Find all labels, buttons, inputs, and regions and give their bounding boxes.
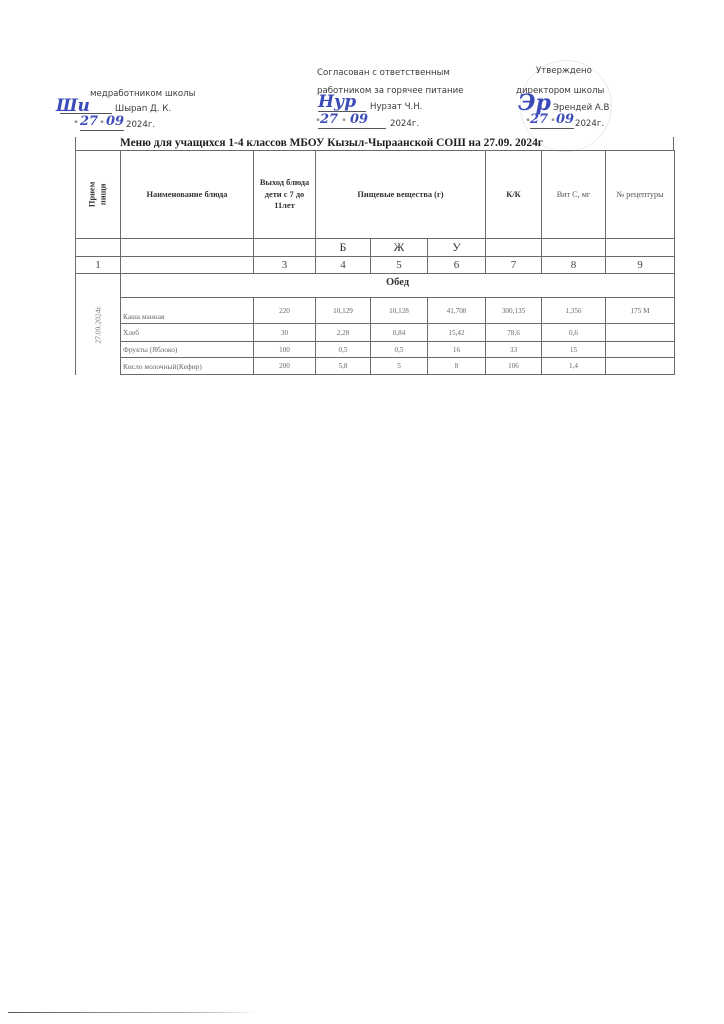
empty-cell [254,239,316,257]
scan-edge-line [8,1012,256,1013]
table-row: Хлеб 30 2,28 0,84 15,42 78,6 0,6 [76,324,675,342]
header-row: Прием пищи Наименование блюда Выход блюд… [76,151,675,239]
dish-name: Фрукты (Яблоко) [121,342,254,358]
hot-meals-date-month: 09 [350,112,368,127]
empty-cell [606,239,675,257]
header-vitc: Вит С, мг [542,151,606,239]
dish-fat: 5 [371,358,428,375]
colnum-5: 5 [371,257,428,274]
dish-protein: 5,8 [316,358,371,375]
dish-carbs: 41,708 [428,298,486,324]
date-cell: 27.09.2024г. [76,274,121,375]
medic-date-day: 27 [80,114,98,129]
header-kk: К/К [486,151,542,239]
date-quote: " [74,120,78,130]
dish-carbs: 15,42 [428,324,486,342]
header-meal: Прием пищи [76,151,121,239]
table-row: Каша манная 220 10,129 10,128 41,708 300… [76,298,675,324]
date-quote: " [551,118,555,128]
table-row: Фрукты (Яблоко) 100 0,5 0,5 16 33 15 [76,342,675,358]
dish-fat: 0,84 [371,324,428,342]
director-date-month: 09 [556,112,574,127]
hot-meals-line1: Согласован с ответственным [317,68,450,78]
dish-vitc: 1,4 [542,358,606,375]
date-quote: " [342,118,346,128]
dish-protein: 0,5 [316,342,371,358]
empty-cell [121,239,254,257]
header-output: Выход блюда дети с 7 до 11лет [254,151,316,239]
frame-right [673,137,674,151]
subheader-zh: Ж [371,239,428,257]
dish-name: Каша манная [121,298,254,324]
medic-role: медработником школы [90,89,195,99]
dish-protein: 2,28 [316,324,371,342]
medic-name: Шырап Д. К. [115,104,171,114]
document-title: Меню для учащихся 1-4 классов МБОУ Кызыл… [120,137,680,149]
dish-name: Хлеб [121,324,254,342]
director-date-day: 27 [530,112,548,127]
dish-kcal: 78,6 [486,324,542,342]
dish-vitc: 0,6 [542,324,606,342]
colnum-1: 1 [76,257,121,274]
dish-carbs: 8 [428,358,486,375]
dish-recipe: 175 М [606,298,675,324]
date-quote: " [100,120,104,130]
hot-meals-date-day: 27 [320,112,338,127]
date-underline [318,128,386,129]
dish-output: 220 [254,298,316,324]
empty-cell [121,257,254,274]
subheader-row: Б Ж У [76,239,675,257]
subheader-u: У [428,239,486,257]
hot-meals-signature: Нур [318,92,356,112]
medic-date-month: 09 [106,114,124,129]
header-dish: Наименование блюда [121,151,254,239]
colnum-6: 6 [428,257,486,274]
header-meal-text: Прием пищи [87,175,110,215]
subheader-b: Б [316,239,371,257]
empty-cell [76,239,121,257]
dish-protein: 10,129 [316,298,371,324]
colnum-4: 4 [316,257,371,274]
hot-meals-name: Нурзат Ч.Н. [370,102,422,112]
date-underline [530,128,574,129]
section-row: 27.09.2024г. Обед [76,274,675,298]
dish-kcal: 300,135 [486,298,542,324]
dish-recipe [606,342,675,358]
dish-kcal: 106 [486,358,542,375]
column-numbers-row: 1 3 4 5 6 7 8 9 [76,257,675,274]
director-date-year: 2024г. [575,119,604,129]
dish-carbs: 16 [428,342,486,358]
dish-recipe [606,358,675,375]
table-row: Кисло молочный(Кефир) 200 5,8 5 8 106 1,… [76,358,675,375]
dish-output: 200 [254,358,316,375]
header-nutrients: Пищевые вещества (г) [316,151,486,239]
dish-fat: 10,128 [371,298,428,324]
hot-meals-date-year: 2024г. [390,119,419,129]
date-underline [80,130,124,131]
director-line1: Утверждено [536,66,592,76]
menu-table: Прием пищи Наименование блюда Выход блюд… [75,150,675,375]
dish-name: Кисло молочный(Кефир) [121,358,254,375]
frame-left [75,137,76,151]
header-recipe: № рецептуры [606,151,675,239]
dish-output: 100 [254,342,316,358]
colnum-3: 3 [254,257,316,274]
empty-cell [486,239,542,257]
dish-kcal: 33 [486,342,542,358]
section-title: Обед [121,274,675,298]
date-vertical: 27.09.2024г. [93,305,102,343]
colnum-8: 8 [542,257,606,274]
colnum-7: 7 [486,257,542,274]
dish-output: 30 [254,324,316,342]
colnum-9: 9 [606,257,675,274]
dish-vitc: 1,356 [542,298,606,324]
empty-cell [542,239,606,257]
medic-date-year: 2024г. [126,120,155,130]
dish-vitc: 15 [542,342,606,358]
dish-recipe [606,324,675,342]
dish-fat: 0,5 [371,342,428,358]
